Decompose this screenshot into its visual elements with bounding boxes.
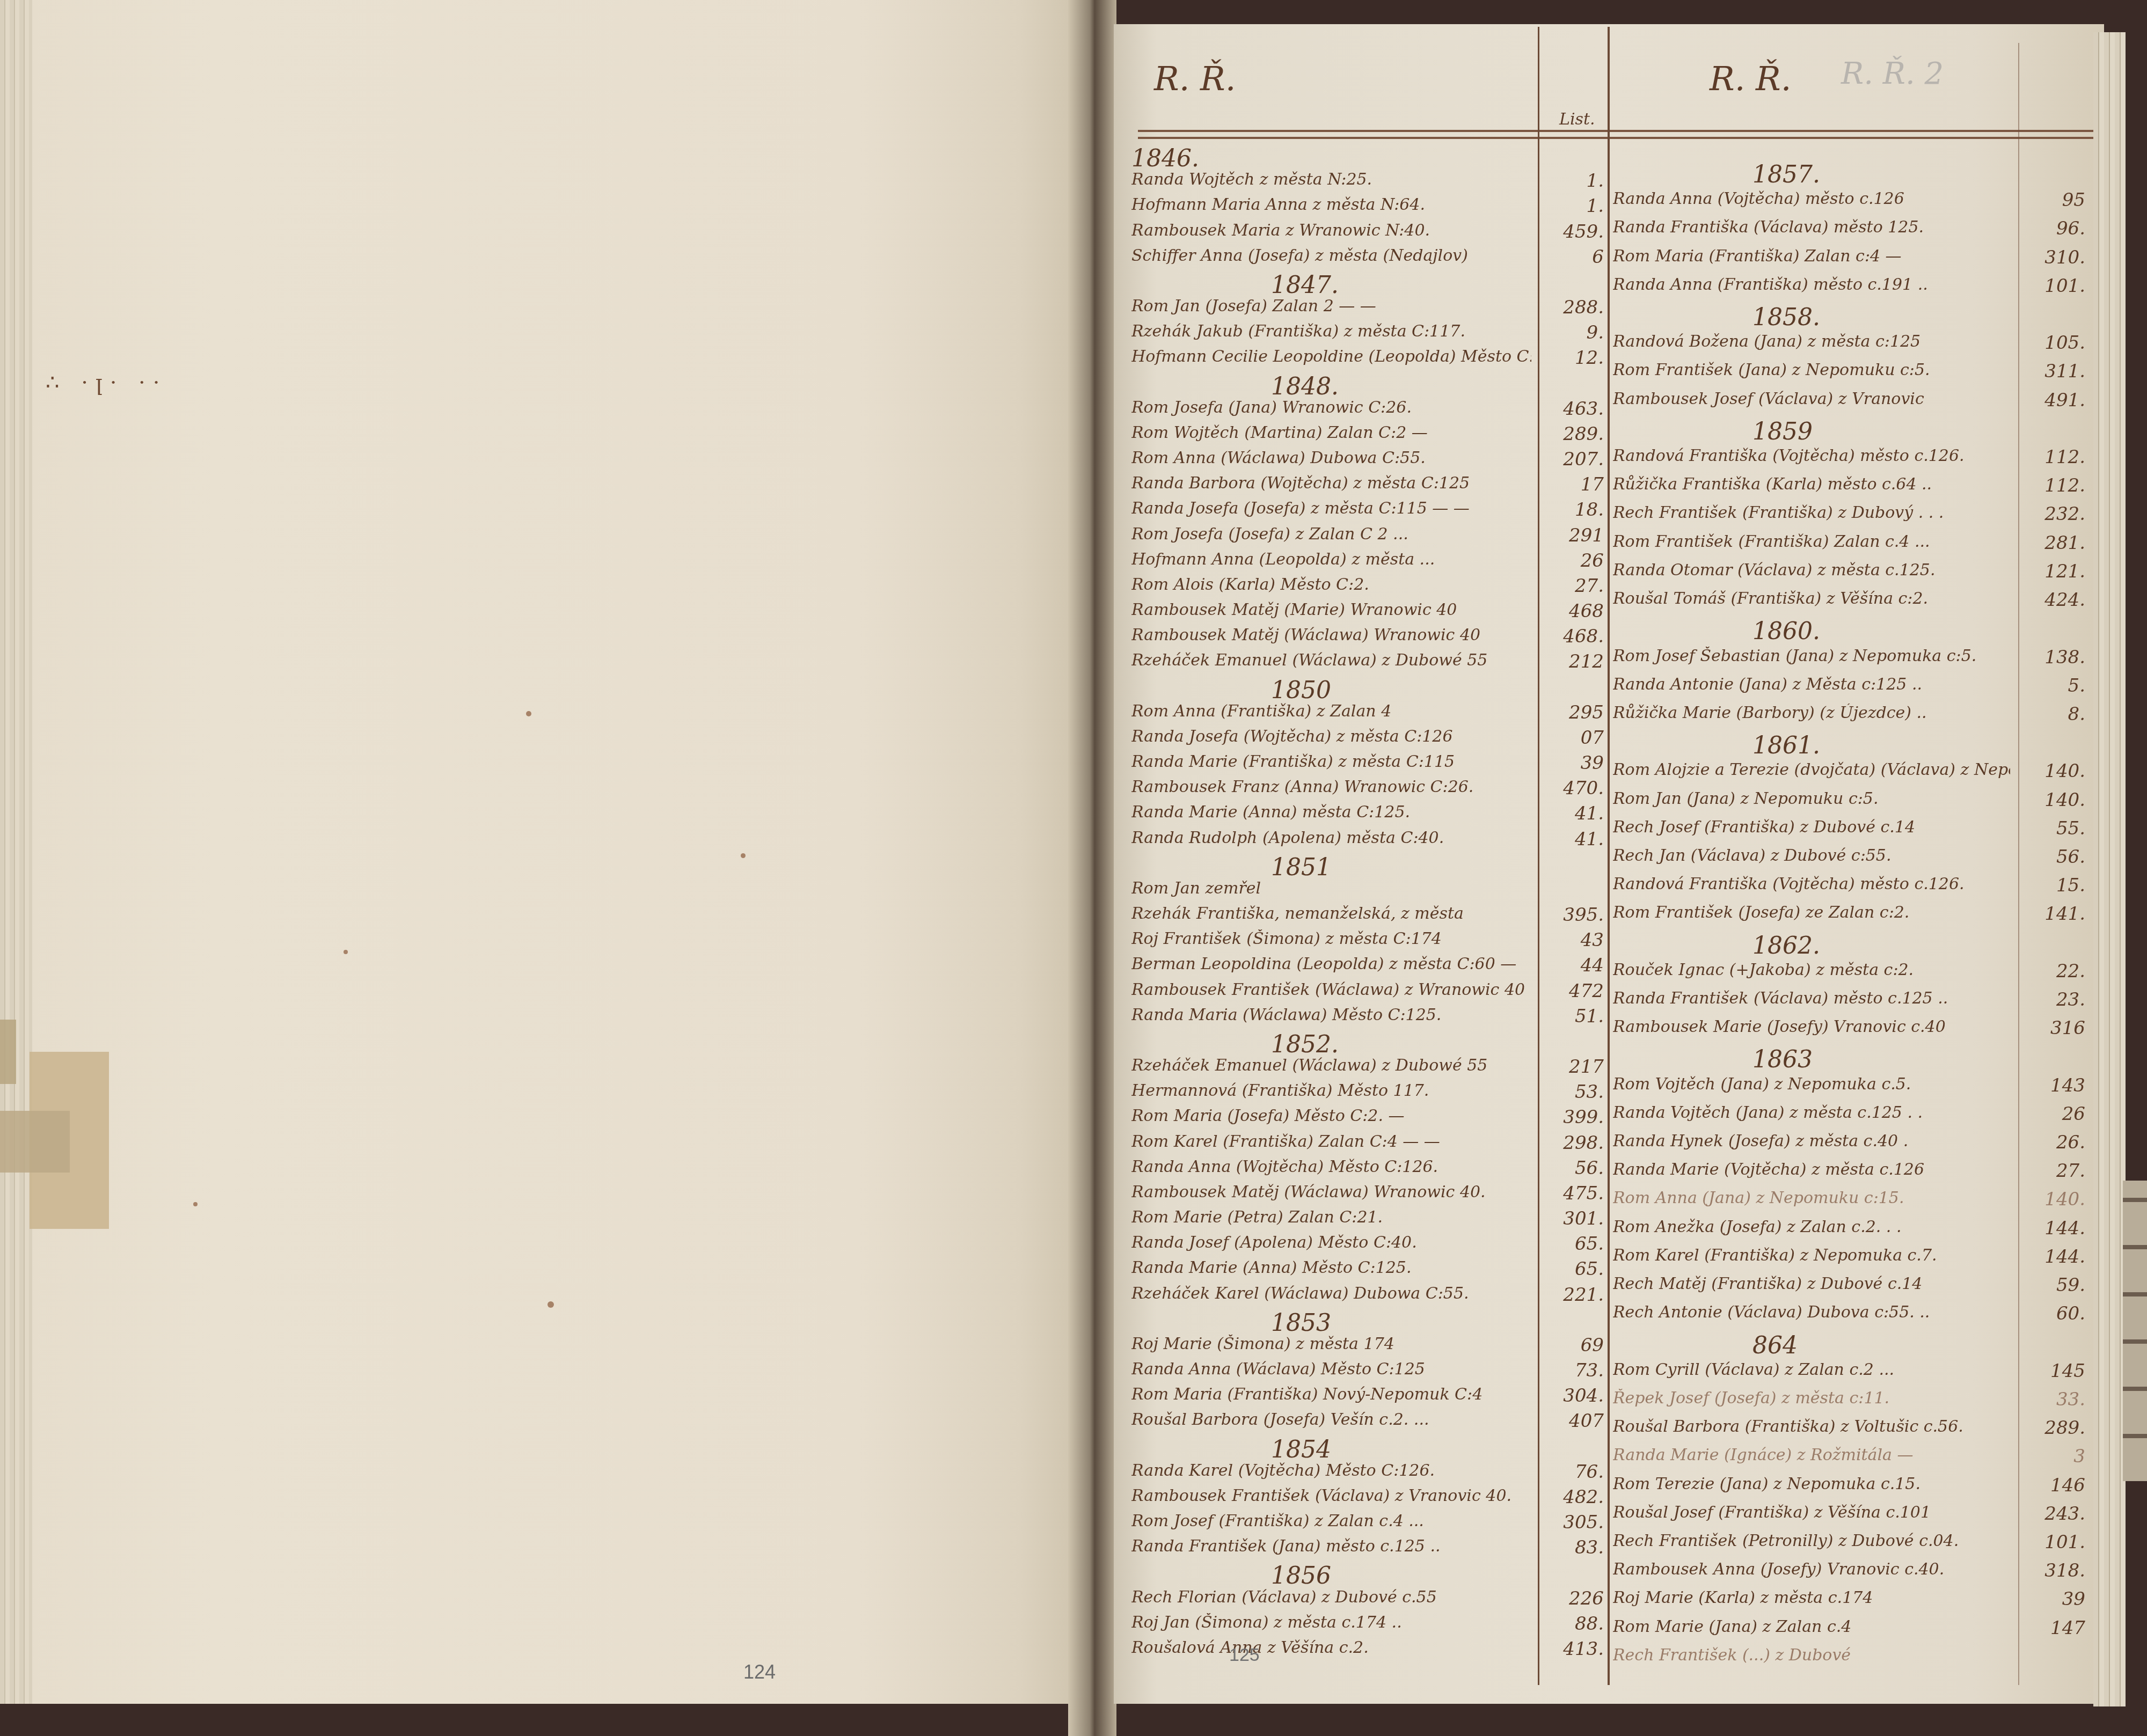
left-page: ∴ ·ꞁ· ·· 124 (0, 0, 1079, 1704)
entry-list-number: 07 (1545, 727, 1604, 749)
year-heading: 1851 (1131, 854, 1331, 881)
entry-name: Rzehák Jakub (Františka) z města C:117. (1131, 322, 1465, 341)
entry-name: Hofmann Cecilie Leopoldine (Leopolda) Mě… (1131, 347, 1531, 366)
entry-list-number: 39 (1545, 752, 1604, 774)
entry-list-number: 413. (1545, 1638, 1604, 1660)
register-entry: Rambousek Anna (Josefy) Vranovic c.40.31… (1613, 1560, 1944, 1579)
entry-name: Rom Jan zemřel (1131, 879, 1261, 898)
bookmark-strip (2123, 1181, 2147, 1481)
year-heading: 1863 (1613, 1046, 1813, 1073)
register-entry: Rzehák Františka, nemanželská, z města39… (1131, 904, 1464, 923)
entry-name: Rzeháček Karel (Wáclawa) Dubowa C:55. (1131, 1284, 1469, 1303)
entry-name: Rzeháček Emanuel (Wáclawa) z Dubowé 55 (1131, 1056, 1487, 1075)
entry-name: Rom Alois (Karla) Město C:2. (1131, 575, 1369, 594)
column-divider (1538, 27, 1539, 1685)
entry-name: Randa Otomar (Václava) z města c.125. (1613, 561, 1935, 580)
register-entry: Randa Josefa (Josefa) z města C:115 — —1… (1131, 499, 1470, 518)
entry-list-number: 141. (2021, 903, 2085, 925)
entry-name: Rech Matěj (Františka) z Dubové c.14 (1613, 1274, 1922, 1293)
year-heading: 1852. (1131, 1031, 1339, 1058)
register-entry: Rambousek František (Wáclawa) z Wranowic… (1131, 980, 1525, 999)
year-heading: 1862. (1613, 932, 1820, 959)
entry-list-number: 301. (1545, 1208, 1604, 1229)
entry-name: Randová Františka (Vojtěcha) město c.126… (1613, 446, 1965, 465)
entry-list-number: 17 (1545, 474, 1604, 495)
tape-strip (0, 1111, 70, 1173)
register-entry: Randa Rudolph (Apolena) města C:40.41. (1131, 829, 1444, 847)
register-entry: Rom Anna (Wáclawa) Dubowa C:55.207. (1131, 449, 1426, 467)
register-entry: Randa Anna (Wáclava) Město C:12573. (1131, 1360, 1425, 1379)
ink-marks: ∴ ·ꞁ· ·· (46, 370, 167, 395)
entry-list-number: 53. (1545, 1081, 1604, 1103)
entry-name: Rech Antonie (Václava) Dubova c:55. .. (1613, 1303, 1930, 1322)
register-entry: Rom Josef (Františka) z Zalan c.4 ...305… (1131, 1512, 1424, 1530)
year-label: 1851 (1131, 854, 1331, 881)
register-entry: Rom Karel (Františka) z Nepomuka c.7.144… (1613, 1246, 1937, 1265)
entry-list-number: 55. (2021, 818, 2085, 839)
entry-list-number: 318. (2021, 1560, 2085, 1581)
entry-name: Randa Josefa (Josefa) z města C:115 — — (1131, 499, 1470, 518)
entry-list-number: 295 (1545, 702, 1604, 723)
entry-name: Rom Alojzie a Terezie (dvojčata) (Václav… (1613, 760, 2010, 779)
entry-name: Rambousek Matěj (Marie) Wranowic 40 (1131, 600, 1457, 619)
year-label: 1859 (1613, 418, 1813, 445)
register-entry: Randa Marie (Anna) Město C:125.65. (1131, 1258, 1411, 1277)
entry-name: Rom Jan (Jana) z Nepomuku c:5. (1613, 789, 1878, 808)
register-entry: Rzehák Jakub (Františka) z města C:117.9… (1131, 322, 1465, 341)
entry-name: Randa Wojtěch z města N:25. (1131, 170, 1372, 189)
entry-name: Rom Josef (Františka) z Zalan c.4 ... (1131, 1512, 1424, 1530)
entry-name: Randa Anna (Františka) město c.191 .. (1613, 275, 1928, 294)
register-entry: Hofmann Cecilie Leopoldine (Leopolda) Mě… (1131, 347, 1531, 366)
register-entry: Růžička Marie (Barbory) (z Újezdce) ..8. (1613, 704, 1927, 722)
entry-list-number: 304. (1545, 1385, 1604, 1407)
entry-list-number: 221. (1545, 1284, 1604, 1306)
register-entry: Hermannová (Františka) Město 117.53. (1131, 1081, 1429, 1100)
entry-name: Randa Maria (Wáclawa) Město C:125. (1131, 1006, 1441, 1024)
register-entry: Randa Barbora (Wojtěcha) z města C:12517 (1131, 474, 1470, 493)
year-heading: 1854 (1131, 1436, 1331, 1463)
register-entry: Rambousek Matěj (Wáclawa) Wranowic 40.47… (1131, 1183, 1486, 1202)
register-entry: Rom Maria (Františka) Zalan c:4 —310. (1613, 247, 1902, 266)
register-entry: Rom František (Josefa) ze Zalan c:2.141. (1613, 903, 1909, 922)
year-label: 1847. (1131, 272, 1339, 299)
entry-list-number: 232. (2021, 503, 2085, 525)
entry-list-number: 140. (2021, 760, 2085, 782)
entry-list-number: 1. (1545, 170, 1604, 192)
register-entry: Randa Františka (Václava) město 125.96. (1613, 218, 1924, 237)
book-gutter (1068, 0, 1116, 1736)
entry-list-number: 26. (2021, 1132, 2085, 1153)
register-entry: Berman Leopoldina (Leopolda) z města C:6… (1131, 955, 1516, 973)
entry-list-number: 26 (2021, 1103, 2085, 1125)
register-entry: Rech Antonie (Václava) Dubova c:55. ..60… (1613, 1303, 1930, 1322)
register-entry: Rom Marie (Jana) z Zalan c.4147 (1613, 1617, 1851, 1636)
register-entry: Roj Jan (Šimona) z města c.174 ..88. (1131, 1613, 1402, 1632)
entry-list-number: 207. (1545, 449, 1604, 470)
register-entry: Randová Božena (Jana) z města c:125105. (1613, 332, 1920, 351)
entry-list-number: 112. (2021, 446, 2085, 468)
entry-name: Roušal Barbora (Josefa) Vešín c.2. ... (1131, 1410, 1429, 1429)
register-entry: Hofmann Maria Anna z města N:64.1. (1131, 195, 1425, 214)
entry-list-number: 101. (2021, 1532, 2085, 1553)
entry-list-number: 143 (2021, 1075, 2085, 1096)
register-entry: Řepek Josef (Josefa) z města c:11.33. (1613, 1389, 1889, 1408)
entry-name: Randa Marie (Anna) města C:125. (1131, 803, 1410, 822)
year-label: 1860. (1613, 618, 1820, 645)
register-entry: Randa Maria (Wáclawa) Město C:125.51. (1131, 1006, 1441, 1024)
register-entry: Rech Josef (Františka) z Dubové c.1455. (1613, 818, 1915, 837)
entry-name: Hermannová (Františka) Město 117. (1131, 1081, 1429, 1100)
register-entry: Rom Josefa (Josefa) z Zalan C 2 ...291 (1131, 525, 1408, 544)
register-entry: Randa Wojtěch z města N:25.1. (1131, 170, 1372, 189)
entry-name: Randa Barbora (Wojtěcha) z města C:125 (1131, 474, 1470, 493)
register-entry: Rom Jan (Jana) z Nepomuku c:5.140. (1613, 789, 1878, 808)
register-entry: Rambousek Maria z Wranowic N:40.459. (1131, 221, 1430, 240)
entry-list-number: 6 (1545, 246, 1604, 268)
register-entry: Rom Josefa (Jana) Wranowic C:26.463. (1131, 398, 1412, 417)
year-label: 1858. (1613, 304, 1820, 331)
entry-list-number: 407 (1545, 1410, 1604, 1432)
entry-list-number: 83. (1545, 1537, 1604, 1558)
entry-list-number: 140. (2021, 789, 2085, 811)
entry-name: Randa Františka (Václava) město 125. (1613, 218, 1924, 237)
entry-name: Rom Josefa (Jana) Wranowic C:26. (1131, 398, 1412, 417)
header-letters-faint: R. Ř. 2 (1841, 56, 1944, 91)
entry-list-number: 243. (2021, 1503, 2085, 1525)
entry-name: Schiffer Anna (Josefa) z města (Nedajlov… (1131, 246, 1468, 265)
entry-name: Rom Maria (Františka) Zalan c:4 — (1613, 247, 1902, 266)
entry-list-number: 8. (2021, 704, 2085, 725)
entry-list-number: 459. (1545, 221, 1604, 243)
register-entry: Rech Florian (Václava) z Dubové c.55226 (1131, 1588, 1437, 1607)
entry-list-number: 310. (2021, 247, 2085, 268)
entry-list-number: 289. (1545, 423, 1604, 445)
entry-name: Randa Hynek (Josefa) z města c.40 . (1613, 1132, 1908, 1151)
register-entry: Rom Alois (Karla) Město C:2.27. (1131, 575, 1369, 594)
entry-name: Rambousek Josef (Václava) z Vranovic (1613, 390, 1924, 408)
entry-name: Rambousek Matěj (Wáclawa) Wranowic 40 (1131, 626, 1480, 644)
entry-name: Randová Božena (Jana) z města c:125 (1613, 332, 1920, 351)
entry-list-number: 60. (2021, 1303, 2085, 1324)
register-entry: Randa Anna (Vojtěcha) město c.12695 (1613, 189, 1904, 208)
year-heading: 1850 (1131, 677, 1331, 704)
entry-name: Rambousek Anna (Josefy) Vranovic c.40. (1613, 1560, 1944, 1579)
entry-name: Rech František (Františka) z Dubový . . … (1613, 503, 1944, 522)
entry-name: Randa Anna (Wojtěcha) Město C:126. (1131, 1158, 1438, 1176)
entry-name: Rom Vojtěch (Jana) z Nepomuka c.5. (1613, 1075, 1911, 1094)
entry-list-number: 424. (2021, 589, 2085, 611)
register-entry: Rambousek František (Václava) z Vranovic… (1131, 1486, 1511, 1505)
column-divider (2018, 43, 2019, 1685)
register-entry: Rech František (Františka) z Dubový . . … (1613, 503, 1944, 522)
year-heading: 1859 (1613, 418, 1813, 445)
register-entry: Rom Alojzie a Terezie (dvojčata) (Václav… (1613, 760, 2010, 779)
book-spread: ∴ ·ꞁ· ·· 124 R. Ř. R. Ř. R. Ř. 2 List. 1… (0, 0, 2147, 1736)
entry-name: Rom Anna (Františka) z Zalan 4 (1131, 702, 1391, 721)
register-entry: Růžička Františka (Karla) město c.64 ..1… (1613, 475, 1932, 494)
year-heading: 1847. (1131, 272, 1339, 299)
entry-list-number: 23. (2021, 989, 2085, 1010)
entry-list-number: 5. (2021, 675, 2085, 697)
ink-spot (741, 853, 746, 858)
register-entry: Rambousek Matěj (Marie) Wranowic 40468 (1131, 600, 1457, 619)
register-entry: Rambousek Marie (Josefy) Vranovic c.4031… (1613, 1017, 1946, 1036)
entry-list-number: 59. (2021, 1274, 2085, 1296)
register-entry: Randa Anna (Wojtěcha) Město C:126.56. (1131, 1158, 1438, 1176)
entry-list-number: 1. (1545, 195, 1604, 217)
entry-name: Randa Anna (Wáclava) Město C:125 (1131, 1360, 1425, 1379)
entry-list-number: 491. (2021, 390, 2085, 411)
entry-name: Randa František (Jana) město c.125 .. (1131, 1537, 1441, 1556)
entry-list-number: 138. (2021, 647, 2085, 668)
entry-name: Rzehák Františka, nemanželská, z města (1131, 904, 1464, 923)
entry-list-number: 27. (2021, 1160, 2085, 1182)
entry-name: Rom Anna (Wáclawa) Dubowa C:55. (1131, 449, 1426, 467)
entry-name: Randa Vojtěch (Jana) z města c.125 . . (1613, 1103, 1923, 1122)
entry-list-number: 43 (1545, 929, 1604, 951)
register-entry: Rom Josef Šebastian (Jana) z Nepomuka c:… (1613, 647, 1976, 665)
entry-list-number: 470. (1545, 778, 1604, 799)
entry-name: Rom Karel (Františka) z Nepomuka c.7. (1613, 1246, 1937, 1265)
register-entry: Roušal Tomáš (Františka) z Věšína c:2.42… (1613, 589, 1928, 608)
entry-name: Rambousek Marie (Josefy) Vranovic c.40 (1613, 1017, 1946, 1036)
entry-name: Rouček Ignac (+Jakoba) z města c:2. (1613, 961, 1914, 979)
entry-name: Rom František (Jana) z Nepomuku c:5. (1613, 361, 1930, 379)
year-label: 1856 (1131, 1562, 1331, 1589)
year-label: 1863 (1613, 1046, 1813, 1073)
year-heading: 1846. (1131, 145, 1199, 172)
entry-list-number: 65. (1545, 1258, 1604, 1280)
entry-list-number: 26 (1545, 550, 1604, 572)
entry-list-number: 289. (2021, 1417, 2085, 1439)
register-entry: Roj František (Šimona) z města C:17443 (1131, 929, 1442, 948)
entry-list-number: 41. (1545, 829, 1604, 850)
entry-list-number: 305. (1545, 1512, 1604, 1533)
entry-list-number: 468. (1545, 626, 1604, 647)
entry-list-number: 121. (2021, 561, 2085, 582)
entry-name: Řepek Josef (Josefa) z města c:11. (1613, 1389, 1889, 1408)
entry-list-number: 39 (2021, 1588, 2085, 1610)
entry-name: Randa František (Václava) město c.125 .. (1613, 989, 1948, 1008)
header-rule (1138, 137, 2093, 139)
register-entry: Randa Marie (Anna) města C:125.41. (1131, 803, 1410, 822)
entry-name: Rambousek Matěj (Wáclawa) Wranowic 40. (1131, 1183, 1486, 1202)
entry-name: Růžička Marie (Barbory) (z Újezdce) .. (1613, 704, 1927, 722)
entry-name: Randa Marie (Františka) z města C:115 (1131, 752, 1455, 771)
register-entry: Randa Josefa (Wojtěcha) z města C:12607 (1131, 727, 1453, 746)
entry-name: Rech František (...) z Dubové (1613, 1646, 1851, 1665)
entry-name: Rambousek František (Wáclawa) z Wranowic… (1131, 980, 1525, 999)
entry-name: Randa Marie (Anna) Město C:125. (1131, 1258, 1411, 1277)
year-heading: 1858. (1613, 304, 1820, 331)
entry-list-number: 65. (1545, 1233, 1604, 1255)
entry-list-number: 56. (1545, 1158, 1604, 1179)
register-entry: Rom Jan (Josefa) Zalan 2 — —288. (1131, 297, 1376, 316)
register-entry: Randa Karel (Vojtěcha) Město C:126.76. (1131, 1461, 1435, 1480)
register-entry: Rom Wojtěch (Martina) Zalan C:2 —289. (1131, 423, 1428, 442)
entry-list-number: 88. (1545, 1613, 1604, 1635)
entry-name: Rech František (Petronilly) z Dubové c.0… (1613, 1532, 1959, 1550)
register-entry: Randa Hynek (Josefa) z města c.40 .26. (1613, 1132, 1908, 1151)
entry-list-number: 56. (2021, 846, 2085, 868)
register-entry: Rom Cyrill (Václava) z Zalan c.2 ...145 (1613, 1360, 1894, 1379)
entry-list-number: 51. (1545, 1006, 1604, 1027)
register-entry: Rom František (Jana) z Nepomuku c:5.311. (1613, 361, 1930, 379)
entry-list-number: 95 (2021, 189, 2085, 211)
entry-name: Rom Cyrill (Václava) z Zalan c.2 ... (1613, 1360, 1894, 1379)
entry-name: Rom Anna (Jana) z Nepomuku c:15. (1613, 1189, 1904, 1207)
entry-list-number: 281. (2021, 532, 2085, 554)
entry-list-number: 22. (2021, 961, 2085, 982)
year-label: 864 (1613, 1332, 1798, 1359)
year-label: 1848. (1131, 373, 1339, 400)
entry-name: Rom František (Františka) Zalan c.4 ... (1613, 532, 1930, 551)
entry-name: Roušal Barbora (Františka) z Voltušic c.… (1613, 1417, 1963, 1436)
register-entry: Randová Františka (Vojtěcha) město c.126… (1613, 875, 1965, 893)
register-entry: Randa Anna (Františka) město c.191 ..101… (1613, 275, 1928, 294)
register-entry: Rom Karel (Františka) Zalan C:4 — —298. (1131, 1132, 1440, 1151)
register-entry: Rech František (Petronilly) z Dubové c.0… (1613, 1532, 1959, 1550)
year-heading: 1860. (1613, 618, 1820, 645)
entry-list-number: 316 (2021, 1017, 2085, 1039)
register-entry: Randa František (Václava) město c.125 ..… (1613, 989, 1948, 1008)
register-entry: Rech František (...) z Dubové (1613, 1646, 1851, 1665)
year-heading: 1856 (1131, 1562, 1331, 1589)
register-entry: Randa Vojtěch (Jana) z města c.125 . .26 (1613, 1103, 1923, 1122)
entry-list-number: 101. (2021, 275, 2085, 297)
ink-spot (526, 711, 531, 716)
header-rule (1138, 130, 2093, 132)
register-entry: Hofmann Anna (Leopolda) z města ...26 (1131, 550, 1435, 569)
entry-name: Berman Leopoldina (Leopolda) z města C:6… (1131, 955, 1516, 973)
entry-name: Randa Josefa (Wojtěcha) z města C:126 (1131, 727, 1453, 746)
entry-list-number: 144. (2021, 1246, 2085, 1268)
entry-name: Randa Rudolph (Apolena) města C:40. (1131, 829, 1444, 847)
entry-list-number: 73. (1545, 1360, 1604, 1381)
entry-name: Roj František (Šimona) z města C:174 (1131, 929, 1442, 948)
ink-spot (193, 1202, 198, 1206)
right-page-edges (2093, 32, 2126, 1706)
register-entry: Randa Otomar (Václava) z města c.125.121… (1613, 561, 1935, 580)
entry-name: Rech Florian (Václava) z Dubové c.55 (1131, 1588, 1437, 1607)
register-entry: Rzeháček Karel (Wáclawa) Dubowa C:55.221… (1131, 1284, 1469, 1303)
year-label: 1861. (1613, 732, 1820, 759)
register-entry: Rom Vojtěch (Jana) z Nepomuka c.5.143 (1613, 1075, 1911, 1094)
entry-list-number: 226 (1545, 1588, 1604, 1609)
entry-name: Randa Marie (Ignáce) z Rožmitála — (1613, 1446, 1914, 1464)
entry-name: Rom Anežka (Josefa) z Zalan c.2. . . (1613, 1218, 1901, 1236)
entry-name: Růžička Františka (Karla) město c.64 .. (1613, 475, 1932, 494)
column-header-list: List. (1559, 110, 1595, 129)
year-label: 1846. (1131, 145, 1199, 172)
entry-list-number: 41. (1545, 803, 1604, 824)
entry-list-number: 27. (1545, 575, 1604, 597)
entry-list-number: 399. (1545, 1107, 1604, 1128)
register-entry: Rambousek Josef (Václava) z Vranovic491. (1613, 390, 1924, 408)
register-entry: Rom Anna (Františka) z Zalan 4295 (1131, 702, 1391, 721)
register-entry: Rom František (Františka) Zalan c.4 ...2… (1613, 532, 1930, 551)
entry-name: Rom Marie (Petra) Zalan C:21. (1131, 1208, 1383, 1227)
register-entry: Roj Marie (Šimona) z města 17469 (1131, 1335, 1394, 1353)
entry-name: Randa Josef (Apolena) Město C:40. (1131, 1233, 1417, 1252)
entry-name: Randa Karel (Vojtěcha) Město C:126. (1131, 1461, 1435, 1480)
register-entry: Roušal Barbora (Františka) z Voltušic c.… (1613, 1417, 1963, 1436)
entry-name: Rech Josef (Františka) z Dubové c.14 (1613, 818, 1915, 837)
column-divider (1608, 27, 1610, 1685)
register-entry: Roj Marie (Karla) z města c.17439 (1613, 1588, 1873, 1607)
entry-name: Rom Maria (Josefa) Město C:2. — (1131, 1107, 1405, 1125)
register-entry: Rech Matěj (Františka) z Dubové c.1459. (1613, 1274, 1922, 1293)
entry-name: Roj Jan (Šimona) z města c.174 .. (1131, 1613, 1402, 1632)
entry-list-number: 144. (2021, 1218, 2085, 1239)
entry-list-number: 69 (1545, 1335, 1604, 1356)
register-entry: Roušal Josef (Františka) z Věšína c.1012… (1613, 1503, 1931, 1522)
entry-name: Rom Maria (Františka) Nový-Nepomuk C:4 (1131, 1385, 1483, 1404)
entry-name: Rambousek František (Václava) z Vranovic… (1131, 1486, 1511, 1505)
entry-list-number: 140. (2021, 1189, 2085, 1210)
register-entry: Rzeháček Emanuel (Wáclawa) z Dubowé 5521… (1131, 1056, 1487, 1075)
entry-list-number: 12. (1545, 347, 1604, 369)
entry-list-number: 3 (2021, 1446, 2085, 1467)
entry-list-number: 475. (1545, 1183, 1604, 1204)
year-label: 1853 (1131, 1309, 1331, 1337)
ink-spot (344, 950, 348, 954)
entry-list-number: 96. (2021, 218, 2085, 239)
entry-list-number: 472 (1545, 980, 1604, 1002)
header-letters-left: R. Ř. (1154, 59, 1236, 98)
year-label: 1850 (1131, 677, 1331, 704)
register-entry: Rambousek Matěj (Wáclawa) Wranowic 40468… (1131, 626, 1480, 644)
entry-name: Rom Josef Šebastian (Jana) z Nepomuka c:… (1613, 647, 1976, 665)
register-entry: Randa Antonie (Jana) z Města c:125 ..5. (1613, 675, 1922, 694)
entry-list-number: 212 (1545, 651, 1604, 672)
entry-name: Rom Wojtěch (Martina) Zalan C:2 — (1131, 423, 1428, 442)
entry-name: Rom František (Josefa) ze Zalan c:2. (1613, 903, 1909, 922)
register-entry: Rom Jan zemřel (1131, 879, 1261, 898)
entry-name: Rzeháček Emanuel (Wáclawa) z Dubowé 55 (1131, 651, 1487, 670)
entry-list-number: 298. (1545, 1132, 1604, 1154)
year-heading: 1861. (1613, 732, 1820, 759)
year-heading: 1848. (1131, 373, 1339, 400)
register-entry: Randa Josef (Apolena) Město C:40.65. (1131, 1233, 1417, 1252)
entry-name: Rambousek Maria z Wranowic N:40. (1131, 221, 1430, 240)
entry-name: Randová Františka (Vojtěcha) město c.126… (1613, 875, 1965, 893)
register-entry: Randa Marie (Vojtěcha) z města c.12627. (1613, 1160, 1924, 1179)
tape-strip (0, 1020, 16, 1084)
register-entry: Randa Marie (Ignáce) z Rožmitála —3 (1613, 1446, 1914, 1464)
entry-name: Rom Jan (Josefa) Zalan 2 — — (1131, 297, 1376, 316)
entry-name: Rom Terezie (Jana) z Nepomuka c.15. (1613, 1475, 1920, 1493)
year-label: 1857. (1613, 161, 1820, 188)
ink-spot (547, 1301, 554, 1308)
entry-list-number: 147 (2021, 1617, 2085, 1639)
entry-name: Hofmann Maria Anna z města N:64. (1131, 195, 1425, 214)
entry-name: Roj Marie (Karla) z města c.174 (1613, 1588, 1873, 1607)
entry-list-number: 311. (2021, 361, 2085, 382)
entry-name: Roušal Josef (Františka) z Věšína c.101 (1613, 1503, 1931, 1522)
entry-list-number: 482. (1545, 1486, 1604, 1508)
entry-name: Rech Jan (Václava) z Dubové c:55. (1613, 846, 1891, 865)
entry-list-number: 145 (2021, 1360, 2085, 1382)
entry-list-number: 146 (2021, 1475, 2085, 1496)
entry-list-number: 9. (1545, 322, 1604, 343)
register-entry: Rom Maria (Františka) Nový-Nepomuk C:430… (1131, 1385, 1483, 1404)
entry-name: Hofmann Anna (Leopolda) z města ... (1131, 550, 1435, 569)
register-entry: Rom Marie (Petra) Zalan C:21.301. (1131, 1208, 1383, 1227)
entry-name: Randa Marie (Vojtěcha) z města c.126 (1613, 1160, 1924, 1179)
entry-list-number: 18. (1545, 499, 1604, 521)
